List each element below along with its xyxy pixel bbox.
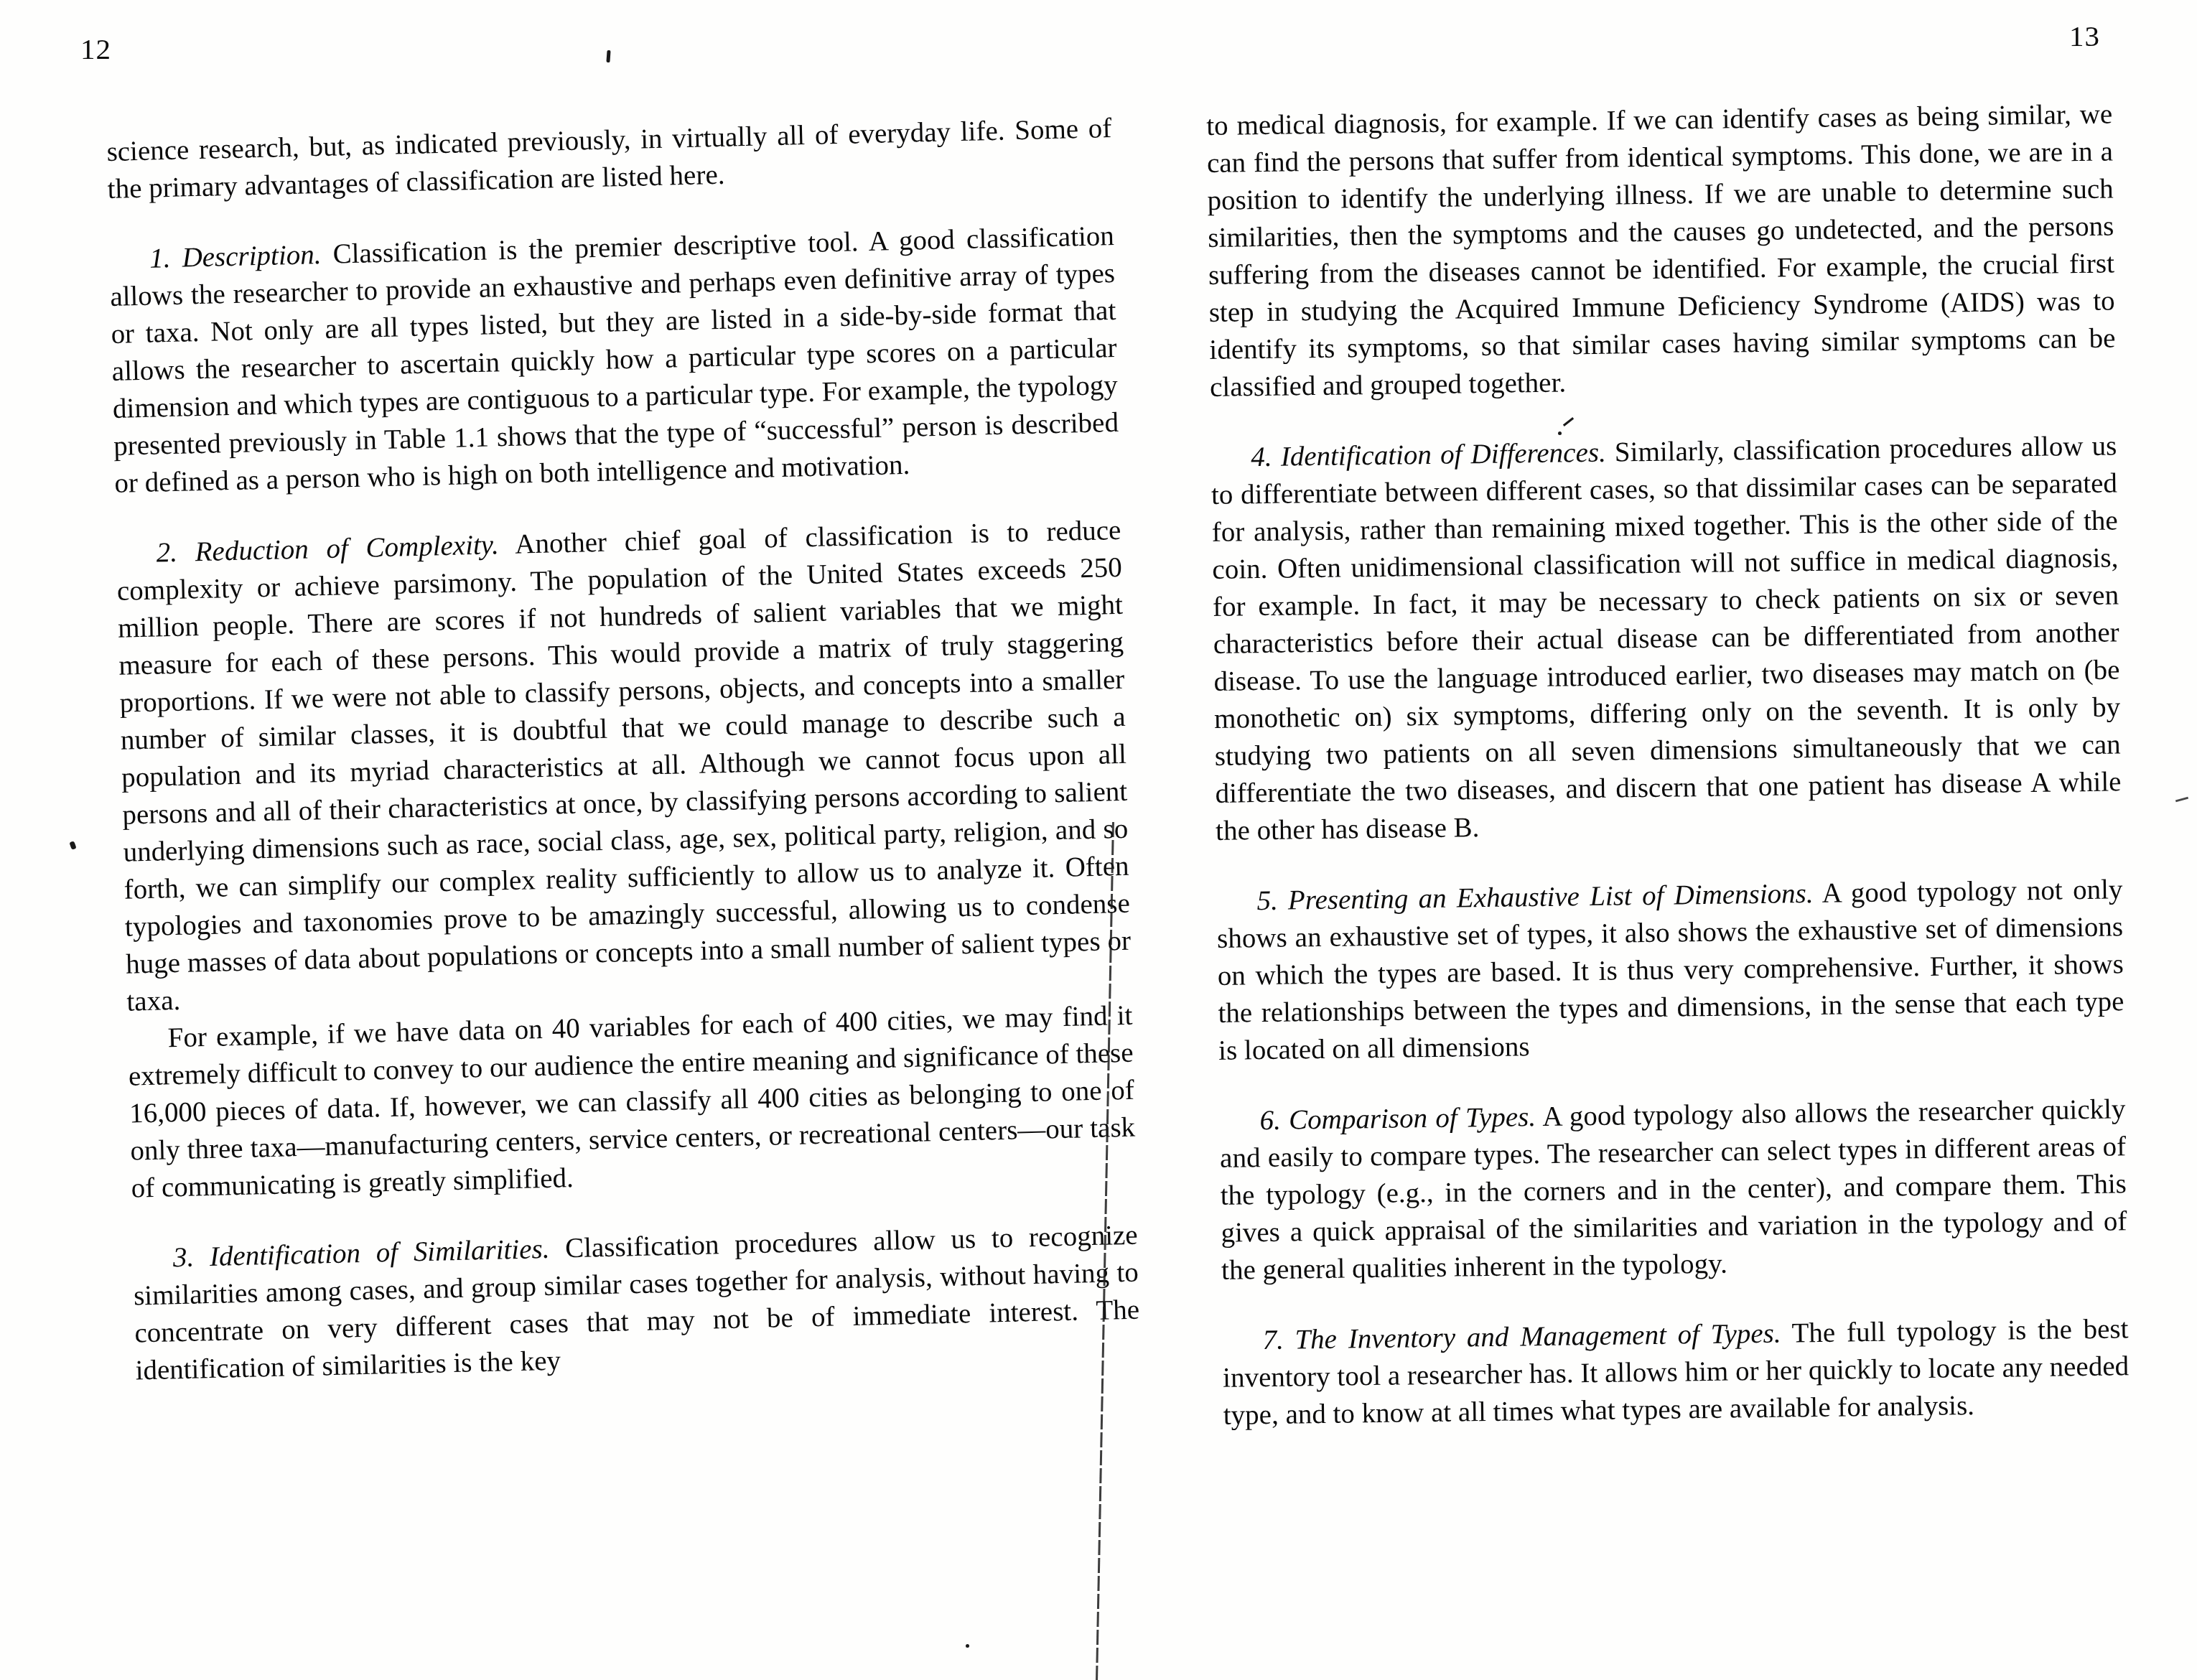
paragraph-text: science research, but, as indicated prev… (106, 113, 1112, 205)
section-paragraph: 3. Identification of Similarities. Class… (132, 1217, 1141, 1390)
book-scan-spread: 12 13 science research, but, as indicate… (0, 0, 2197, 1680)
section-paragraph: 6. Comparison of Types. A good typology … (1219, 1091, 2127, 1289)
section-paragraph: 1. Description. Classification is the pr… (109, 218, 1120, 503)
ink-speck (69, 841, 76, 850)
section-heading: 5. Presenting an Exhaustive List of Dime… (1256, 878, 1814, 916)
paragraph-text: Another chief goal of classification is … (117, 515, 1132, 1017)
body-paragraph: For example, if we have data on 40 varia… (127, 997, 1137, 1208)
section-paragraph: 7. The Inventory and Management of Types… (1222, 1310, 2130, 1434)
section-heading: 4. Identification of Differences. (1251, 437, 1606, 472)
section-paragraph: 2. Reduction of Complexity. Another chie… (116, 512, 1132, 1021)
ink-mark (606, 50, 610, 62)
paragraph-text: Similarly, classification procedures all… (1211, 430, 2122, 846)
paragraph-text: to medical diagnosis, for example. If we… (1206, 98, 2116, 402)
pen-mark-dot (1558, 431, 1562, 435)
body-paragraph: to medical diagnosis, for example. If we… (1206, 95, 2116, 406)
body-paragraph: science research, but, as indicated prev… (106, 110, 1113, 208)
section-heading: 7. The Inventory and Management of Types… (1262, 1318, 1781, 1355)
ink-dot (966, 1644, 969, 1648)
section-heading: 6. Comparison of Types. (1259, 1101, 1536, 1136)
right-page-text-column: to medical diagnosis, for example. If we… (1206, 95, 2130, 1434)
page-number-left: 12 (80, 32, 111, 66)
page-number-right: 13 (2069, 19, 2100, 53)
section-paragraph: 4. Identification of Differences. Simila… (1211, 427, 2122, 849)
section-heading: 3. Identification of Similarities. (172, 1233, 549, 1273)
paragraph-text: For example, if we have data on 40 varia… (128, 1000, 1135, 1204)
section-heading: 1. Description. (149, 239, 322, 274)
section-heading: 2. Reduction of Complexity. (156, 529, 499, 568)
scan-edge-mark (2175, 797, 2188, 803)
left-page-text-column: science research, but, as indicated prev… (106, 110, 1141, 1389)
section-paragraph: 5. Presenting an Exhaustive List of Dime… (1216, 871, 2124, 1069)
